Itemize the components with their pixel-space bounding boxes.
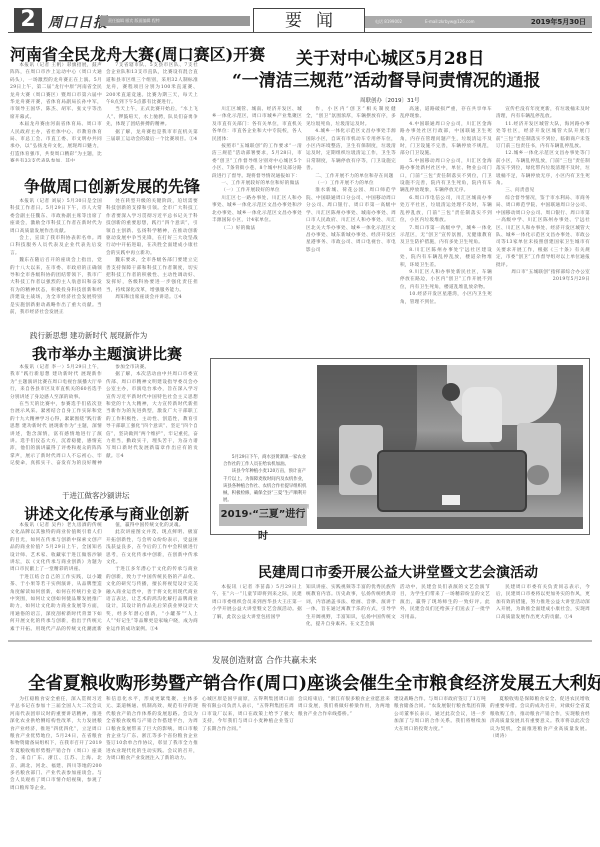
paragraph: （一）工作开展不力的单位 xyxy=(306,180,396,187)
paragraph: 心城区原是国字面原，五得利集团周口面粉有限公司负责人表示，“五得利集团在周口市设… xyxy=(202,696,294,733)
paragraph: 7支省辖市队、5支县市区队、7支社会企业队和13支市直队，比赛设有混合直道和县市… xyxy=(106,62,198,106)
section-title: 要闻 xyxy=(253,8,365,32)
paragraph: 本报讯（记者 李苗淼）5月29日上午，在“六一”儿童节即将到来之际，民建周口市委… xyxy=(212,584,302,621)
paragraph: 本报讯（记者 王帆）彩旗招展，鼓声阵阵，在周口市沙上运动中心（周口大通码头），一… xyxy=(10,62,102,121)
paragraph: 和信息化水平，形成更紧集聚、主体多元、渠道畅通、机制高效、规范有序的现代粮食产销… xyxy=(106,696,198,763)
paragraph: 高速，道路破损严重，存在共享单车乱停现象。 xyxy=(400,106,492,121)
caption-paragraph: 5月29日下午，商水县黄寨镇一家农业合作社的工作人员在给农机加油。 xyxy=(223,454,309,468)
grain-col-5: 建设战略合作。与周口市政府签订了1万吨粮食储备合同。“农发展银行粮食集团有限公司… xyxy=(394,696,486,842)
paragraph: 本届龙舟赛由河南省体育局、周口市人民政府主办，省社体中心、市教育体育局、市总工会… xyxy=(10,121,102,162)
contact-email: E-mail:zkrbyw@126.com xyxy=(425,16,475,28)
paragraph: 川汇区城管、城南、经济开发区、城乡一体化示范区，周口市城乡产业集聚区及市直有关部… xyxy=(212,106,302,143)
editor-info: 责任编辑 雁宾 版面编辑 程特 xyxy=(100,16,250,26)
contact-phone: 电话 8199002 xyxy=(375,16,402,28)
grain-col-3: 心城区原是国字面原，五得利集团周口面粉有限公司负责人表示，“五得利集团在周口市设… xyxy=(202,696,294,842)
notice-col-2: 作，小区内“创卫”相关制度健全，“创卫”氛围浓厚，车辆摆放有序，多见垃圾死角，垃… xyxy=(306,106,396,326)
paragraph: 11.经济开发区城管大队，海河路办事处等社区，经济开发区城管大队开展门前“三包”… xyxy=(496,121,590,151)
notice-doc-number: 周联创办〔2019〕31号 xyxy=(360,96,420,104)
innovation-col-2: 处在转型升级的关键阶段，迫切需要科技创新的支撑和引领。全市广大科技工作者要深入学… xyxy=(106,198,198,318)
notice-col-4: 宣传栏没有年度更新，有垃圾桶未及时清理，内有车辆乱停乱放。 11.经济开发区城管… xyxy=(496,106,590,326)
paragraph: 4.城乡一体化示范区文昌办事处丰源国际小区，自该有市机动车专用停车位，小区内环境… xyxy=(306,128,396,172)
paragraph: 作，小区内“创卫”相关制度健全，“创卫”氛围浓厚，车辆摆放有序，多见垃圾死角，垃… xyxy=(306,106,396,128)
dragon-boat-col-1: 本报讯（记者 王帆）彩旗招展，鼓声阵阵，在周口市沙上运动中心（周口大通码头），一… xyxy=(10,62,102,162)
masthead: 2 周口日报 责任编辑 雁宾 版面编辑 程特 要闻 电话 8199002 E-m… xyxy=(8,8,592,30)
innovation-col-1: 本报讯（记者 刘辰）5月30日是全国科技工作者日。5月29日下午，市人大常委会副… xyxy=(10,198,102,318)
paragraph: 夏粮收购是保障粮食安全、促进农民增收的重要举措。会议的成功召开，对做好全省夏粮收… xyxy=(490,696,590,740)
paragraph: 建设战略合作。与周口市政府签订了1万吨粮食储备合同。“农发展银行粮食集团有限公司… xyxy=(394,696,486,733)
news-photo-tractor-refueling xyxy=(317,365,583,529)
grain-col-4: 会议结束后，“浙江有很多粮食企业愿意来周口发展，我们将做好桥梁作用，为两地粮食产… xyxy=(298,696,390,842)
culture-forum-headline: 讲述文化传承与商业创新 xyxy=(24,503,189,524)
date-bar: 电话 8199002 E-mail:zkrbyw@126.com 2019年5月… xyxy=(365,16,592,28)
speech-contest-col-1: 本报讯（记者 李一）5月29日上午，我市“践行新思想 建功新时代 展现新作为”主… xyxy=(10,364,102,468)
grain-col-6: 夏粮收购是保障粮食安全、促进农民增收的重要举措。会议的成功召开，对做好全省夏粮收… xyxy=(490,696,590,842)
notice-col-1: 川汇区城管、城南、经济开发区、城乡一体化示范区，周口市城乡产业集聚区及市直有关部… xyxy=(212,106,302,326)
paragraph: 处在转型升级的关键阶段，迫切需要科技创新的支撑和引领。全市广大科技工作者要深入学… xyxy=(106,198,198,257)
paragraph: 二、工作开展不力的单位和存在问题 xyxy=(306,173,396,180)
paragraph: 一、工作开展较好的单位和好的做法 xyxy=(212,180,302,187)
paragraph: 于进江结合自己的工作实践，以小罐茶、于小果等若干实例演讲，从品牌塑造角度解读如何… xyxy=(10,574,102,632)
notice-col-3: 高速，道路破损严重，存在共享单车乱停现象。 4.中国联通周口分公司，川汇区金海路… xyxy=(400,106,492,326)
paragraph: 本报讯（记者 吴冉）老九房酒的传统文化品牌以其独特的商业价值吸引着人们的目光，如… xyxy=(10,522,102,574)
innovation-headline: 争做周口创新发展的先锋 xyxy=(24,174,200,197)
paragraph: 值，赢得中国传统文化的灵魂。 xyxy=(106,522,198,529)
democratic-league-col-1: 本报讯（记者 李苗淼）5月29日上午，在“六一”儿童节即将到来之际，民建周口市委… xyxy=(212,584,302,634)
grain-col-1: 为扛稳粮食安全重任，深入贯彻习近平总书记在参加十三届全国人大二次会议河南代表团审… xyxy=(10,696,102,842)
paragraph: 周知和出席座谈会并讲话。①4 xyxy=(106,294,198,301)
paragraph: 本报讯（记者 李一）5月29日上午，我市“践行新思想 建功新时代 展现新作为”主… xyxy=(10,364,102,401)
issue-date: 2019年5月30日 xyxy=(531,16,586,28)
paragraph: 会议结束后，“浙江有很多粮食企业愿意来周口发展，我们将做好桥梁作用，为两地粮食产… xyxy=(298,696,390,718)
paragraph: 魏东在随后召开的座谈会上指出，党的十八大以来，在市委、市政府的正确领导和全市各级… xyxy=(10,257,102,316)
culture-forum-col-1: 本报讯（记者 吴冉）老九房酒的传统文化品牌以其独特的商业价值吸引着人们的目光，如… xyxy=(10,522,102,632)
notice-headline-line-2: “一清洁三规范”活动督导问责情况的通报 xyxy=(232,66,541,91)
paragraph: 此次讲座图文并茂、现点鲜明、极富开拓创新性，与会听众纷纷表示，受益匪浅获益良多，… xyxy=(106,529,198,566)
paragraph: （一）工作开展较好的单位 xyxy=(212,187,302,194)
grain-kicker: 发展创造财富 合作共赢未来 xyxy=(212,654,317,666)
paragraph: 当天上午，正式比赛开始后，“水上飞人”、锣鼓喧天，水上驰骋，队员们奋勇争先，体现… xyxy=(106,106,198,128)
paragraph: 川汇区七一路办事处、川汇区人和办事处、城乡一体化示范区文昌办事处和沙北办事处、城… xyxy=(212,195,302,225)
democratic-league-col-2: 知识讲座、实践视频等丰富的优秀民族传统教育内容。历史故事，弘扬传统经典诗词，内容… xyxy=(306,584,396,634)
paragraph: 淮水新城、荷花公园、周口师范学院、中国联通周口分公司、中国移动周口分公司、周口银… xyxy=(306,187,396,254)
democratic-league-headline: 民建周口市委开展公益大讲堂暨文艺会演活动 xyxy=(258,562,538,582)
paragraph: 7.周口市第一高级中学，城乡一体化示范区，无“创卫”宣传氛围，无健康教育及卫生防… xyxy=(400,225,492,247)
paragraph: 10.经济开发区星港湾，小区内卫生死角，管理不到位。 xyxy=(400,291,492,306)
paragraph: 宣传栏没有年度更新，有垃圾桶未及时清理，内有车辆乱停乱放。 xyxy=(496,106,590,121)
paragraph: 于进江多年潜心于文化的传承与商业的创新，致力于中国传统民俗的产品化、文化的研究与… xyxy=(106,566,198,632)
paragraph: 本报讯（记者 刘辰）5月30日是全国科技工作者日。5月29日下午，市人大常委会副… xyxy=(10,198,102,235)
signature: 周口市“五城联创”指挥部综合办公室 xyxy=(496,269,590,276)
paragraph: 据了解，本次活动由中共周口市委宣传部、周口市精神文明建设指导委员会办公室主办，市… xyxy=(106,371,198,460)
speech-contest-col-2: 参加全市决赛。 据了解，本次活动由中共周口市委宣传部、周口市精神文明建设指导委员… xyxy=(106,364,198,468)
paragraph: 魏东要求，全市各级各部门要建立完善支持保障干部和科技工作者制度，切实把科技工作者… xyxy=(106,257,198,294)
paragraph: 民建周口市委有关负责同志表示，今后，民建周口市委将以更加务实的作风，更加有效的措… xyxy=(496,584,590,621)
photo-caption: 5月29日下午，商水县黄寨镇一家农业合作社的工作人员在给农机加油。 该县今年种植… xyxy=(223,454,309,512)
speech-contest-kicker: 践行新思想 建功新时代 展现新作为 xyxy=(30,330,147,341)
caption-paragraph: 该县今年种植小麦120万亩，预计亩产千斤以上。为保障麦收时间内及农机作业，该县各… xyxy=(223,468,309,504)
culture-forum-col-2: 值，赢得中国传统文化的灵魂。 此次讲座图文并茂、现点鲜明、极富开拓创新性，与会听… xyxy=(106,522,198,632)
democratic-league-col-3: 活动中，民建会员们表演的文艺会演节目，为学生们带来了一场精彩纷呈的文艺演出，赢得… xyxy=(400,584,490,634)
paragraph: 据了解，龙舟赛也是我市市直机关第三届职工运动会的最后一个比赛项目。①4 xyxy=(106,129,198,144)
culture-forum-kicker: 于进江做客沙颍讲坛 xyxy=(62,490,130,501)
photo-series-tag: 2019·“三夏”进行时 xyxy=(219,504,307,526)
page-number: 2 xyxy=(14,8,42,32)
paragraph: 12.城乡一体化示范区文昌办事处等门前小区，车辆乱停乱放，门前“三包”责任制落实… xyxy=(496,150,590,187)
paragraph: 6.周口市电信公司，川汇区城南办事处万平社区，垃圾清运处理不及时，车辆乱停乱放，… xyxy=(400,195,492,225)
paragraph: 8.川汇区陈州办事处宁远社区建设处，院内有车辆乱停乱放，楼道杂物堆积，环境卫生差… xyxy=(400,247,492,269)
photo-box: 5月29日下午，商水县黄寨镇一家农业合作社的工作人员在给农机加油。 该县今年种植… xyxy=(210,358,590,535)
grain-headline: 全省夏粮收购形势暨产销合作(周口)座谈会催生全市粮食经济发展五大利好 xyxy=(28,670,600,695)
paragraph: 活动中，民建会员们表演的文艺会演节目，为学生们带来了一场精彩纷呈的文艺演出，赢得… xyxy=(400,584,490,621)
paragraph: 5.中国移动周口分公司，川汇区金海路办事处新村社区中，单位、物业公司门口，门前“… xyxy=(400,158,492,195)
paragraph: 综合督导情况，鉴于市水利局、市商务局、周口师范学院、中国联通周口分公司、中国移动… xyxy=(496,195,590,269)
paragraph: 为扛稳粮食安全重任，深入贯彻习近平总书记在参加十三届全国人大二次会议河南代表团审… xyxy=(10,696,102,792)
dragon-boat-col-2: 7支省辖市队、5支县市区队、7支社会企业队和13支市直队，比赛设有混合直道和县市… xyxy=(106,62,198,162)
paragraph: 会上，宣读了我市科协表彰名单。周口科技服务人员代表及企业代表先后发言。 xyxy=(10,235,102,257)
paragraph: 知识讲座、实践视频等丰富的优秀民族传统教育内容。历史故事，弘扬传统经典诗词，内容… xyxy=(306,584,396,628)
paragraph: 三、问责意见 xyxy=(496,187,590,194)
paragraph: 在当天的比赛中，参赛选手们依次登台展示风采。紧密结合自身工作实际和党的十九大精神… xyxy=(10,401,102,468)
paper-name: 周口日报 xyxy=(48,12,108,32)
paragraph: （二）好的做法 xyxy=(212,225,302,232)
speech-contest-headline: 我市举办主题演讲比赛 xyxy=(32,343,182,364)
paragraph: 参加全市决赛。 xyxy=(106,364,198,371)
section-divider xyxy=(8,640,592,642)
paragraph: 按照市“五城联创”的工作要求“一清洁三规范”活动部署要求，5月28日，市委“创卫… xyxy=(212,143,302,180)
democratic-league-col-4: 民建周口市委有关负责同志表示，今后，民建周口市委将以更加务实的作风，更加有效的措… xyxy=(496,584,590,634)
paragraph: 9.川汇区人和办事处新民社区，车辆停放在路边，小区内“创卫”工作开展不到位，内有… xyxy=(400,269,492,291)
grain-col-2: 和信息化水平，形成更紧集聚、主体多元、渠道畅通、机制高效、规范有序的现代粮食产销… xyxy=(106,696,198,842)
top-rule xyxy=(8,32,592,33)
paragraph: 4.中国联通周口分公司，川汇区金海路办事处社区行政部，中国联通卫生死角，内存在管… xyxy=(400,121,492,158)
signature-date: 2019年5月29日 xyxy=(496,276,590,283)
